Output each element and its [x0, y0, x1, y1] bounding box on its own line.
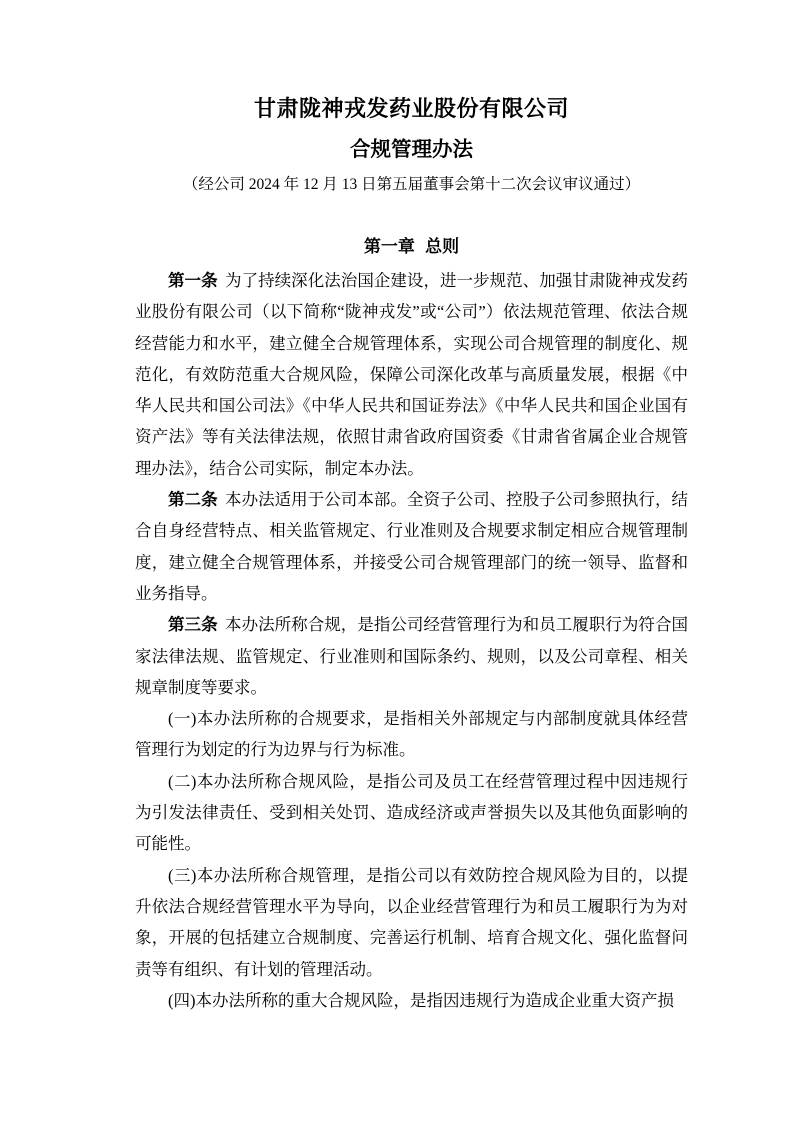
article-number: 第二条	[168, 490, 218, 509]
article-paragraph: (二)本办法所称合规风险，是指公司及员工在经营管理过程中因违规行为引发法律责任、…	[135, 766, 688, 860]
document-body: 第一条为了持续深化法治国企建设，进一步规范、加强甘肃陇神戎发药业股份有限公司（以…	[135, 265, 688, 1016]
article-paragraph: 第三条本办法所称合规，是指公司经营管理行为和员工履职行为符合国家法律法规、监管规…	[135, 609, 688, 703]
article-paragraph: (一)本办法所称的合规要求，是指相关外部规定与内部制度就具体经营管理行为划定的行…	[135, 703, 688, 766]
document-page: 甘肃陇神戎发药业股份有限公司 合规管理办法 （经公司 2024 年 12 月 1…	[0, 0, 794, 1122]
article-paragraph: (四)本办法所称的重大合规风险，是指因违规行为造成企业重大资产损	[135, 985, 688, 1016]
article-number: 第一条	[168, 271, 218, 290]
article-number: 第三条	[168, 615, 218, 634]
chapter-heading: 第一章 总则	[135, 236, 688, 258]
article-text: 为了持续深化法治国企建设，进一步规范、加强甘肃陇神戎发药业股份有限公司（以下简称…	[135, 271, 688, 478]
approval-note: （经公司 2024 年 12 月 13 日第五届董事会第十二次会议审议通过）	[135, 175, 688, 195]
article-paragraph: 第二条本办法适用于公司本部。全资子公司、控股子公司参照执行，结合自身经营特点、相…	[135, 484, 688, 609]
article-text: (一)本办法所称的合规要求，是指相关外部规定与内部制度就具体经营管理行为划定的行…	[135, 709, 688, 759]
article-paragraph: (三)本办法所称合规管理，是指公司以有效防控合规风险为目的，以提升依法合规经营管…	[135, 860, 688, 985]
article-paragraph: 第一条为了持续深化法治国企建设，进一步规范、加强甘肃陇神戎发药业股份有限公司（以…	[135, 265, 688, 484]
document-subtitle: 合规管理办法	[135, 138, 688, 162]
article-text: (二)本办法所称合规风险，是指公司及员工在经营管理过程中因违规行为引发法律责任、…	[135, 772, 688, 854]
article-text: (三)本办法所称合规管理，是指公司以有效防控合规风险为目的，以提升依法合规经营管…	[135, 866, 688, 979]
document-title: 甘肃陇神戎发药业股份有限公司	[135, 96, 688, 122]
article-text: (四)本办法所称的重大合规风险，是指因违规行为造成企业重大资产损	[168, 991, 674, 1010]
